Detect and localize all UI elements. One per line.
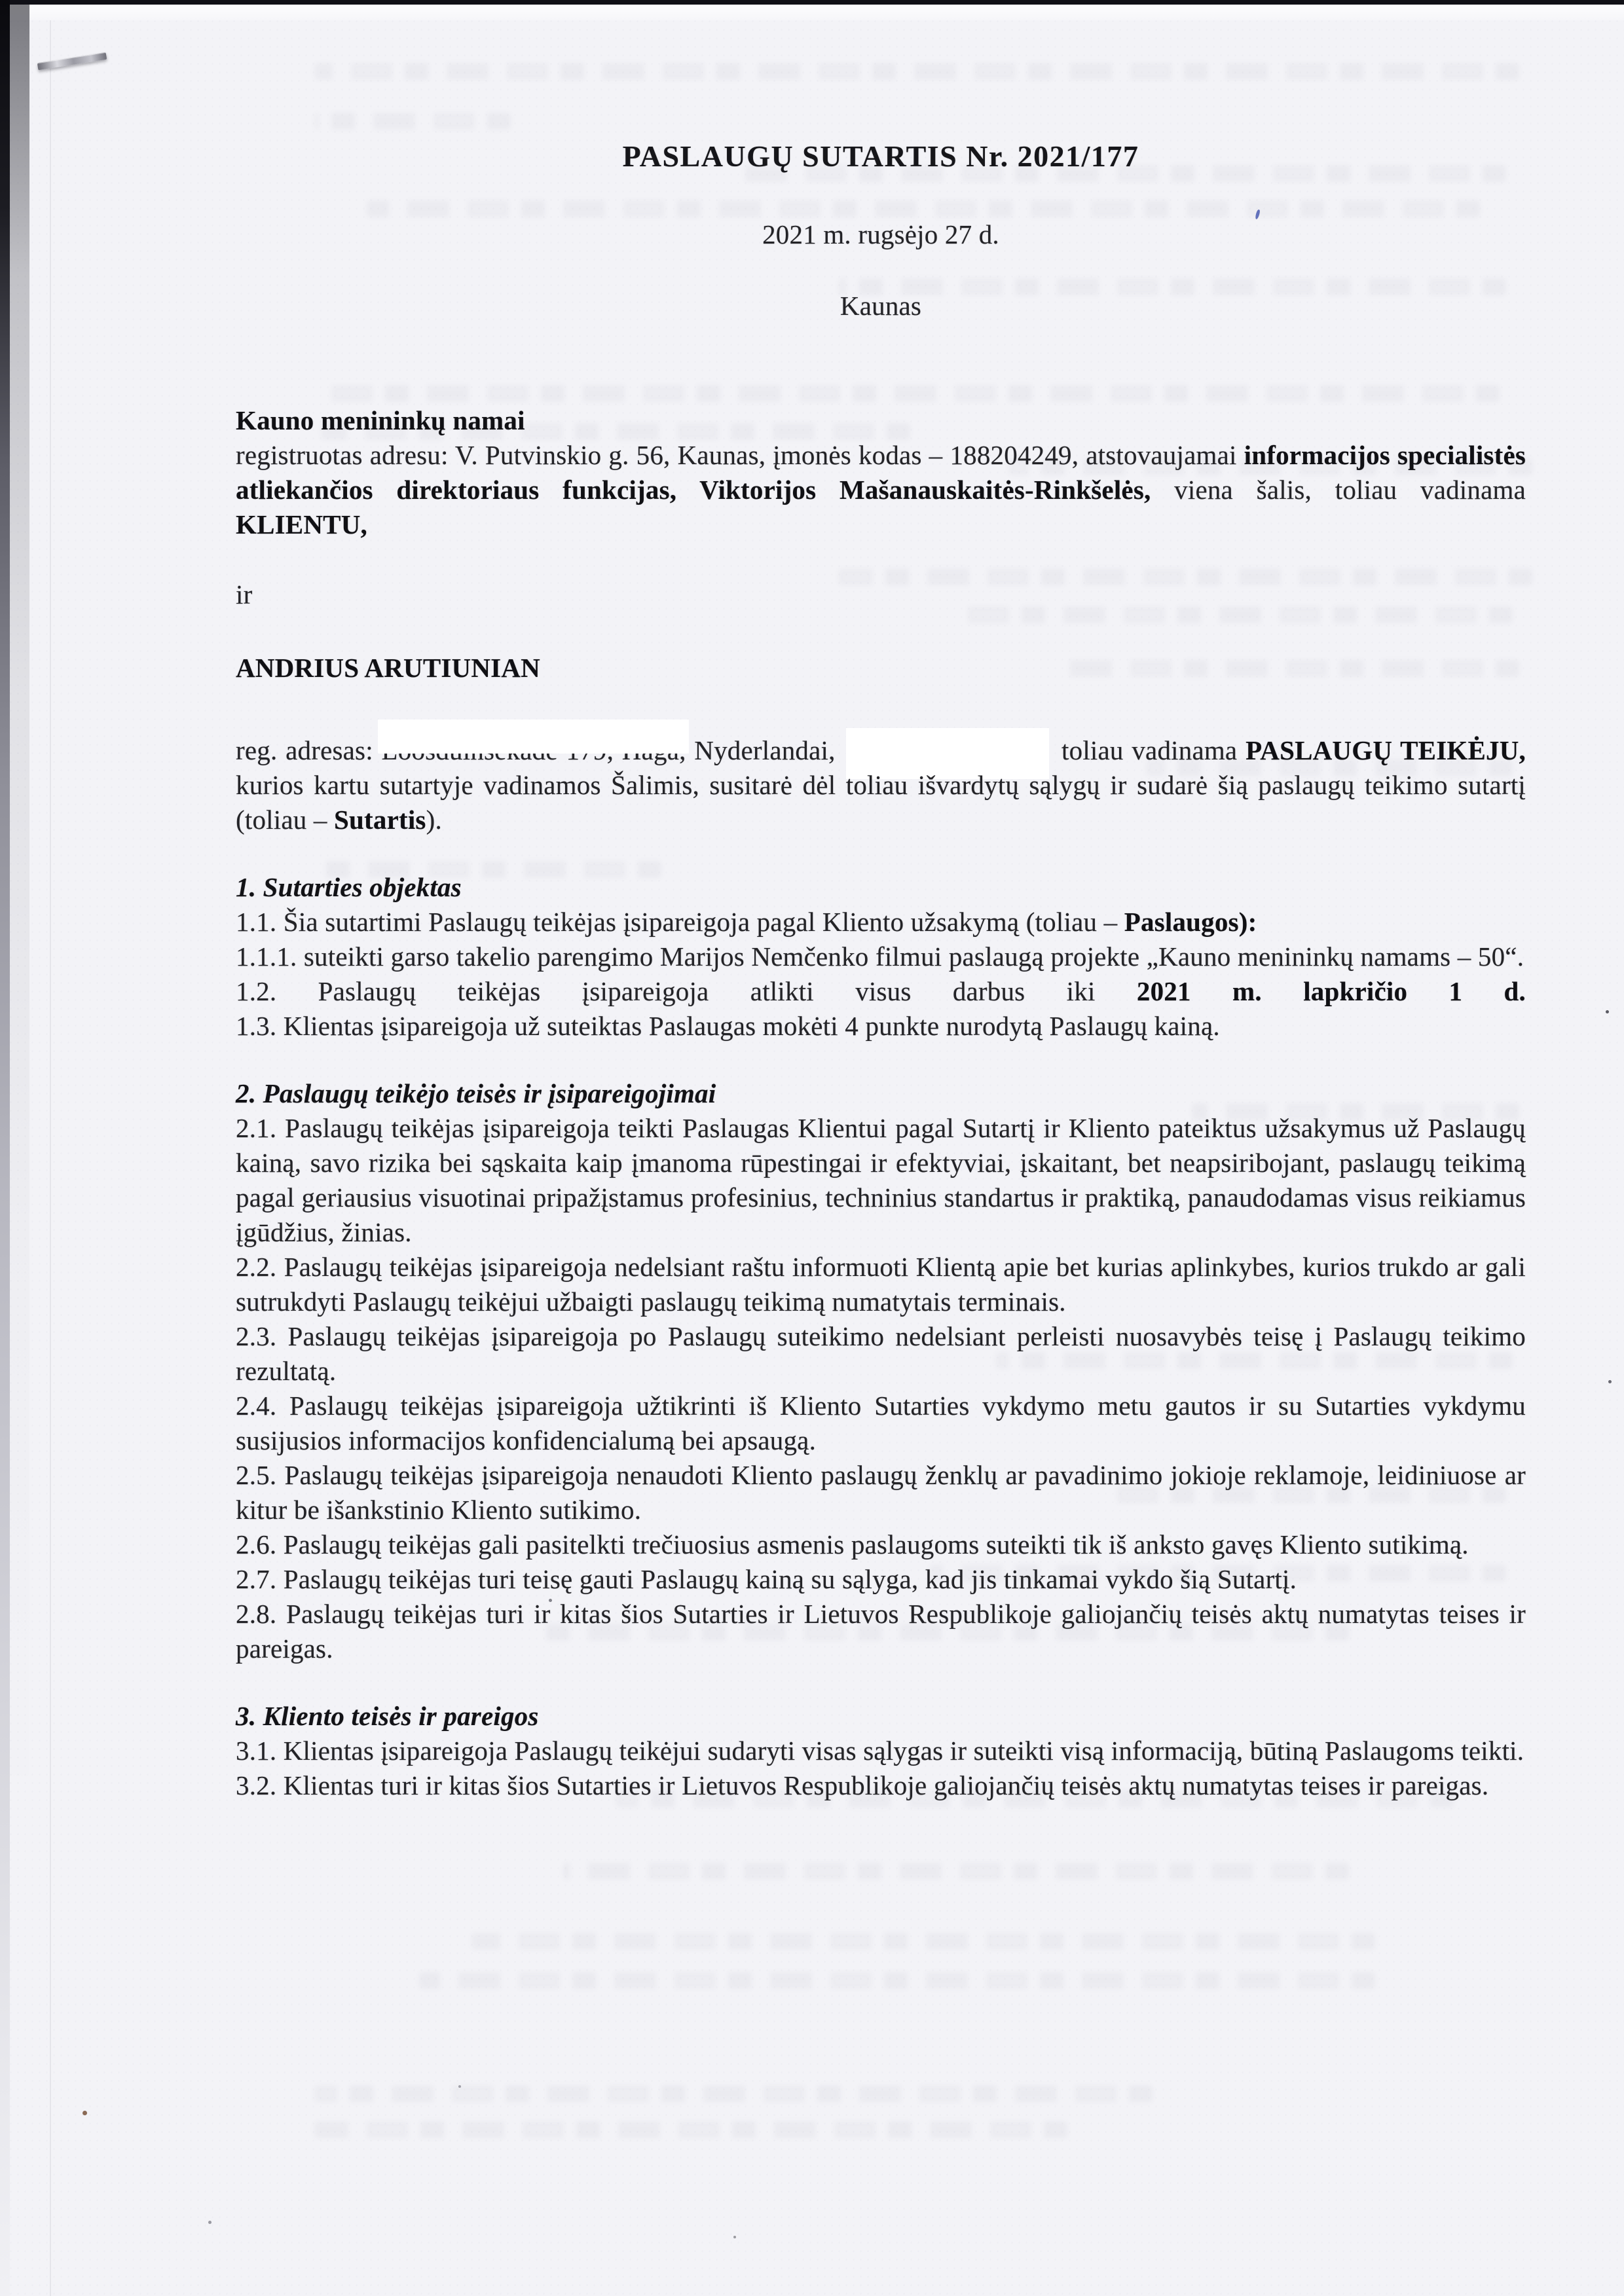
- staple: [37, 52, 107, 70]
- contract-title: PASLAUGŲ SUTARTIS Nr. 2021/177: [236, 139, 1526, 173]
- paper-left-shadow: [10, 0, 29, 2296]
- bleedthrough-line: [314, 2121, 1067, 2138]
- contract-clause: 2.2. Paslaugų teikėjas įsipareigoja nede…: [236, 1250, 1526, 1319]
- dust-speck: [1606, 1010, 1609, 1013]
- bleedthrough-line: [563, 1863, 1349, 1880]
- dust-speck: [1608, 1380, 1612, 1383]
- contract-clause: 3.2. Klientas turi ir kitas šios Sutarti…: [236, 1768, 1526, 1803]
- connector-ir: ir: [236, 577, 1526, 612]
- dust-speck: [458, 2085, 461, 2088]
- scanner-top-edge: [0, 0, 1624, 5]
- paper-top-band: [0, 5, 1624, 20]
- contract-clause: 1.1. Šia sutartimi Paslaugų teikėjas įsi…: [236, 905, 1526, 939]
- contract-term: Sutartis: [334, 805, 426, 835]
- provider-paragraph: reg. adresas: Loosduinsekade 179, Haga, …: [236, 733, 1526, 837]
- clause-bold-text: 2021 m. lapkričio 1 d.: [1137, 976, 1526, 1006]
- dust-speck: [83, 2111, 87, 2115]
- clause-text: 1.1.1. suteikti garso takelio parengimo …: [236, 941, 1524, 972]
- contract-city: Kaunas: [236, 289, 1526, 323]
- clause-text: 1.3. Klientas įsipareigoja už suteiktas …: [236, 1011, 1220, 1041]
- contract-clause: 2.4. Paslaugų teikėjas įsipareigoja užti…: [236, 1389, 1526, 1458]
- client-name: Kauno menininkų namai: [236, 403, 1526, 438]
- clause-text: 3.2. Klientas turi ir kitas šios Sutarti…: [236, 1770, 1488, 1800]
- clause-text: 2.3. Paslaugų teikėjas įsipareigoja po P…: [236, 1321, 1526, 1386]
- clause-text: 2.2. Paslaugų teikėjas įsipareigoja nede…: [236, 1252, 1526, 1317]
- bleedthrough-line: [314, 2085, 1153, 2102]
- contract-clause: 2.8. Paslaugų teikėjas turi ir kitas šio…: [236, 1597, 1526, 1666]
- provider-paragraph-tail-end: ).: [426, 805, 442, 835]
- partially-redacted-address: Loosduinsekade 179, Haga,: [382, 735, 686, 765]
- scanner-left-edge: [0, 0, 10, 2296]
- provider-name: ANDRIUS ARUTIUNIAN: [236, 651, 1526, 685]
- scanned-contract-page: PASLAUGŲ SUTARTIS Nr. 2021/177 2021 m. r…: [0, 0, 1624, 2296]
- address-prefix: reg. adresas:: [236, 735, 382, 765]
- clause-text: 3.1. Klientas įsipareigoja Paslaugų teik…: [236, 1736, 1524, 1766]
- clause-text: 2.8. Paslaugų teikėjas turi ir kitas šio…: [236, 1599, 1526, 1664]
- client-paragraph-text: registruotas adresu: V. Putvinskio g. 56…: [236, 440, 1244, 470]
- section-heading-3: 3. Kliento teisės ir pareigos: [236, 1699, 1526, 1734]
- provider-term: PASLAUGŲ TEIKĖJU,: [1246, 735, 1526, 765]
- contract-clause: 1.1.1. suteikti garso takelio parengimo …: [236, 939, 1526, 974]
- contract-content: PASLAUGŲ SUTARTIS Nr. 2021/177 2021 m. r…: [236, 0, 1526, 1803]
- clause-text: 2.7. Paslaugų teikėjas turi teisę gauti …: [236, 1564, 1297, 1594]
- paper-crease-line: [50, 0, 51, 2296]
- contract-clause: 3.1. Klientas įsipareigoja Paslaugų teik…: [236, 1734, 1526, 1768]
- after-redaction-text: toliau vadinama: [1053, 735, 1246, 765]
- dust-speck: [733, 2236, 736, 2238]
- clause-text: 1.1. Šia sutartimi Paslaugų teikėjas įsi…: [236, 907, 1124, 937]
- contract-clause: 1.3. Klientas įsipareigoja už suteiktas …: [236, 1009, 1526, 1044]
- clause-text: 2.4. Paslaugų teikėjas įsipareigoja užti…: [236, 1391, 1526, 1455]
- dust-speck: [208, 2221, 212, 2224]
- client-term: KLIENTU,: [236, 509, 367, 539]
- contract-clause: 2.5. Paslaugų teikėjas įsipareigoja nena…: [236, 1458, 1526, 1527]
- contract-clause: 2.7. Paslaugų teikėjas turi teisę gauti …: [236, 1562, 1526, 1597]
- bleedthrough-line: [419, 1972, 1375, 1989]
- contract-clause: 2.1. Paslaugų teikėjas įsipareigoja teik…: [236, 1111, 1526, 1250]
- client-paragraph: registruotas adresu: V. Putvinskio g. 56…: [236, 438, 1526, 542]
- section-heading-2: 2. Paslaugų teikėjo teisės ir įsipareigo…: [236, 1076, 1526, 1111]
- contract-sections: 1. Sutarties objektas1.1. Šia sutartimi …: [236, 870, 1526, 1803]
- clause-text: 2.5. Paslaugų teikėjas įsipareigoja nena…: [236, 1460, 1526, 1525]
- contract-date: 2021 m. rugsėjo 27 d.: [236, 217, 1526, 252]
- contract-clause: 1.2. Paslaugų teikėjas įsipareigoja atli…: [236, 974, 1526, 1009]
- clause-text: 2.6. Paslaugų teikėjas gali pasitelkti t…: [236, 1529, 1469, 1559]
- client-paragraph-text2: viena šalis, toliau vadinama: [1151, 475, 1526, 505]
- section-heading-1: 1. Sutarties objektas: [236, 870, 1526, 905]
- clause-bold-text: Paslaugos):: [1124, 907, 1257, 937]
- contract-clause: 2.3. Paslaugų teikėjas įsipareigoja po P…: [236, 1319, 1526, 1389]
- address-street: Loosduinsekade 179, Haga,: [382, 735, 686, 765]
- address-country: Nyderlandai,: [686, 735, 844, 765]
- clause-text: 2.1. Paslaugų teikėjas įsipareigoja teik…: [236, 1113, 1526, 1247]
- contract-clause: 2.6. Paslaugų teikėjas gali pasitelkti t…: [236, 1527, 1526, 1562]
- clause-text: 1.2. Paslaugų teikėjas įsipareigoja atli…: [236, 976, 1137, 1006]
- bleedthrough-line: [471, 1933, 1375, 1950]
